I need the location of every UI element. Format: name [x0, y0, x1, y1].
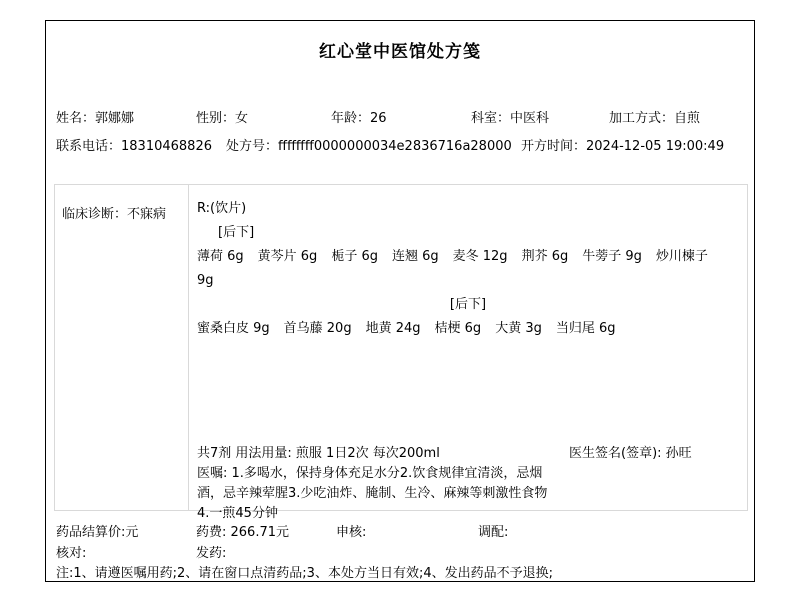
medication-item: 首乌藤 20g: [284, 321, 352, 336]
medication-item: 黄芩片 6g: [258, 249, 318, 264]
patient-age-label: 年龄：: [331, 111, 370, 126]
patient-age-field: 年龄：26: [331, 107, 387, 126]
settle-price-field: 药品结算价:元: [56, 521, 138, 540]
fee-value: 266.71元: [231, 525, 290, 540]
medication-item: 麦冬 12g: [453, 249, 508, 264]
medication-item: 牛蒡子 9g: [582, 249, 642, 264]
review-field: 申核:: [336, 521, 366, 540]
patient-name-value: 郭娜娜: [95, 111, 134, 126]
medication-item: 蜜桑白皮 9g: [197, 321, 270, 336]
medication-item: 荆芥 6g: [522, 249, 569, 264]
phone-field: 联系电话：18310468826: [56, 135, 212, 154]
fee-label: 药费:: [196, 525, 231, 540]
rx-time-value: 2024-12-05 19:00:49: [586, 139, 724, 154]
dosage-line: 共7剂 用法用量: 煎服 1日2次 每次200ml: [197, 444, 569, 464]
rx-bottom-section: 共7剂 用法用量: 煎服 1日2次 每次200ml 医嘱: 1.多喝水，保持身体…: [197, 444, 743, 524]
medication-item: 薄荷 6g: [197, 249, 244, 264]
medication-item: 栀子 6g: [331, 249, 378, 264]
footer-note: 注:1、请遵医嘱用药;2、请在窗口点清药品;3、本处方当日有效;4、发出药品不予…: [56, 562, 553, 581]
settle-price-label: 药品结算价:: [56, 525, 125, 540]
patient-department-label: 科室：: [471, 111, 510, 126]
medication-item: 桔梗 6g: [435, 321, 482, 336]
patient-name-field: 姓名：郭娜娜: [56, 107, 134, 126]
fee-field: 药费: 266.71元: [196, 521, 289, 540]
dispense-field: 发药:: [196, 542, 226, 561]
doctor-signature-field: 医生签名(签章): 孙旺: [569, 444, 692, 464]
patient-department-value: 中医科: [510, 111, 549, 126]
phone-label: 联系电话：: [56, 139, 121, 154]
rx-number-label: 处方号：: [226, 139, 278, 154]
medication-line-1: 薄荷 6g黄芩片 6g栀子 6g连翘 6g麦冬 12g荆芥 6g牛蒡子 9g炒川…: [197, 245, 739, 293]
medication-item: 当归尾 6g: [556, 321, 616, 336]
patient-name-label: 姓名：: [56, 111, 95, 126]
rx-column: R:(饮片) [后下] 薄荷 6g黄芩片 6g栀子 6g连翘 6g麦冬 12g荆…: [189, 185, 747, 510]
patient-department-field: 科室：中医科: [471, 107, 549, 126]
prescription-sheet: 红心堂中医馆处方笺 姓名：郭娜娜 性别：女 年龄：26 科室：中医科 加工方式：…: [45, 20, 755, 582]
rx-time-field: 开方时间：2024-12-05 19:00:49: [521, 135, 724, 154]
patient-gender-label: 性别：: [196, 111, 235, 126]
group2-tag: [后下]: [197, 293, 739, 317]
page-title: 红心堂中医馆处方笺: [46, 37, 754, 62]
phone-value: 18310468826: [121, 139, 212, 154]
doctor-signature-label: 医生签名(签章):: [569, 446, 666, 461]
patient-age-value: 26: [370, 111, 387, 126]
rx-time-label: 开方时间：: [521, 139, 586, 154]
rx-number-field: 处方号：ffffffff0000000034e2836716a28000: [226, 135, 512, 154]
rx-number-value: ffffffff0000000034e2836716a28000: [278, 139, 512, 154]
doctor-signature-name: 孙旺: [666, 446, 692, 461]
medication-item: 大黄 3g: [495, 321, 542, 336]
diagnosis-column: 临床诊断：不寐病: [55, 185, 189, 510]
dosage-and-advice: 共7剂 用法用量: 煎服 1日2次 每次200ml 医嘱: 1.多喝水，保持身体…: [197, 444, 569, 524]
check-field: 核对:: [56, 542, 86, 561]
processing-method-label: 加工方式：: [609, 111, 674, 126]
patient-gender-value: 女: [235, 111, 248, 126]
processing-method-value: 自煎: [674, 111, 700, 126]
medication-item: 地黄 24g: [366, 321, 421, 336]
settle-price-unit: 元: [125, 525, 138, 540]
processing-method-field: 加工方式：自煎: [609, 107, 700, 126]
diagnosis-value: 不寐病: [127, 207, 166, 222]
prescription-box: 临床诊断：不寐病 R:(饮片) [后下] 薄荷 6g黄芩片 6g栀子 6g连翘 …: [54, 184, 748, 511]
patient-gender-field: 性别：女: [196, 107, 248, 126]
medication-item: 连翘 6g: [392, 249, 439, 264]
prepare-field: 调配:: [478, 521, 508, 540]
doctor-advice: 医嘱: 1.多喝水，保持身体充足水分2.饮食规律宜清淡，忌烟酒，忌辛辣荤腥3.少…: [197, 464, 559, 524]
group1-tag: [后下]: [197, 221, 739, 245]
medication-line-2: 蜜桑白皮 9g首乌藤 20g地黄 24g桔梗 6g大黄 3g当归尾 6g: [197, 317, 739, 341]
rx-header: R:(饮片): [197, 197, 739, 221]
diagnosis-label: 临床诊断：: [62, 207, 127, 222]
